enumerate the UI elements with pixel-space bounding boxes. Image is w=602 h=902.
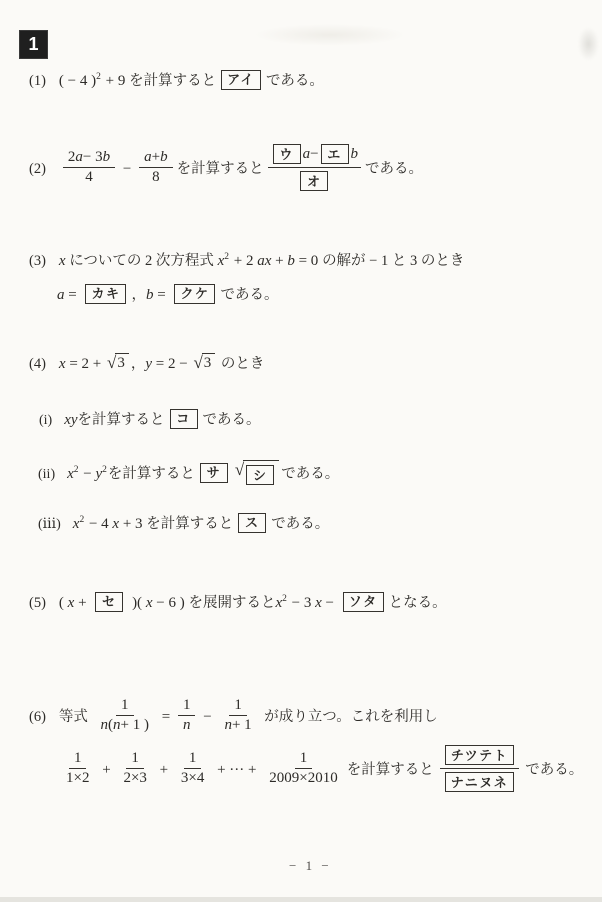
text-calc: を計算すると [177,161,264,177]
var-ax: ax [257,253,271,269]
answer-box-a-i: アイ [221,70,261,90]
item-iii-label: (ⅲ) [38,517,61,532]
problem-5: (5)( x + セ )( x − 6 ) を展開するとx2 − 3 x − ソ… [29,589,447,614]
problem-4: (4)x = 2 + √3，y = 2 − √3 のとき [29,354,264,375]
math-fragment: )( [128,595,146,611]
var-x: x [315,595,322,611]
problem-3-line2: a = カキ，b = クケである。 [57,285,278,306]
problem-4-iii: (ⅲ)x2 − 4 x + 3 を計算するとスである。 [38,510,329,535]
comma: ， [131,287,146,303]
answer-box-chi-tsu-te-to: チツテト [445,745,514,765]
text: 等式 [59,709,92,725]
math-fragment: + [271,253,287,269]
denominator: 2×3 [123,770,146,787]
answer-box-so-ta: ソタ [343,592,384,612]
plus-sign: + [156,762,172,778]
radicand: 3 [204,355,212,371]
square-root: √3 [193,353,215,372]
math-fragment: − 4 [85,516,112,532]
math-fragment: − 3 [288,595,315,611]
answer-box-e: エ [321,144,349,164]
math-fragment: + [152,149,160,166]
math-fragment: + [74,595,90,611]
text-expand: を展開すると [188,595,275,611]
var-n: n [183,717,191,734]
exponent: 2 [74,465,79,475]
problem-4-label: (4) [29,356,46,372]
problem-1: (1)( − 4 )2 + 9 を計算するとアイである。 [29,67,324,92]
text-tonaru: となる。 [389,595,447,611]
comma: ， [131,356,146,372]
problem-5-label: (5) [29,595,46,611]
fraction: 1n + 1 [219,697,256,734]
equals-sign: = [153,287,169,303]
var-b: b [103,149,111,166]
numerator: 1 [121,697,129,714]
answer-box-u: ウ [273,144,301,164]
answer-box-shi: シ [246,465,274,485]
numerator: 1 [131,750,139,767]
math-fragment: ( − 4 ) [59,73,96,89]
scan-artifact-right-edge [578,27,599,61]
answer-box-se: セ [95,592,123,612]
math-fragment: = 0 [295,253,322,269]
math-fragment: − 3 [83,149,103,166]
answer-box-sa: サ [200,463,228,483]
text-dearu: である。 [365,161,423,177]
answer-box-su: ス [238,513,266,533]
numerator: 1 [234,697,242,714]
denominator: 1×2 [66,770,89,787]
var-a: a [303,146,311,163]
minus-sign: − [310,146,318,163]
problem-6-label: (6) [29,709,46,725]
exam-page: 1 (1)( − 4 )2 + 9 を計算するとアイである。 (2)2 a − … [0,0,602,902]
var-n: n [101,717,109,734]
problem-2-label: (2) [29,161,46,177]
math-fragment: = 2 − [152,356,191,372]
math-fragment: + 1 ) [121,717,149,734]
fraction: 12009×2010 [264,750,342,787]
problem-4-ii: (ii)x2 − y2を計算するとサ√シである。 [38,460,339,487]
page-number: − 1 − [289,858,332,874]
square-root: √3 [107,353,129,372]
math-fragment: + 2 [230,253,257,269]
numerator: 1 [300,750,308,767]
fraction: 1n [178,697,196,734]
text: についての 2 次方程式 [66,253,218,269]
minus-sign: − [199,709,215,725]
fraction: 1n ( n + 1 ) [96,697,154,734]
exponent: 2 [102,465,107,475]
text-calc: を計算すると [108,466,195,482]
answer-box-ko: コ [170,409,198,429]
ellipsis-dots: + ··· + [213,762,260,778]
answer-box-ku-ke: クケ [174,284,215,304]
var-a: a [75,149,83,166]
text-dearu: である。 [281,466,339,482]
minus-sign: − [80,466,96,482]
radicand: 3 [117,355,125,371]
var-b: b [351,146,359,163]
var-n: n [224,717,232,734]
var-a: a [144,149,152,166]
problem-6-line1: (6)等式 1n ( n + 1 ) = 1n − 1n + 1 が成り立つ。こ… [29,699,438,736]
text-dearu: である。 [271,516,329,532]
answer-box-ka-ki: カキ [85,284,126,304]
numerator: 1 [74,750,82,767]
text-calc: を計算すると [347,762,434,778]
equals-sign: = [65,287,81,303]
var-a: a [57,287,65,303]
text: の解が − 1 と 3 のとき [322,253,464,269]
problem-2: (2)2 a − 3 b4 − a + b8を計算するとウa − エbオである。 [29,146,423,193]
math-fragment: + 1 [232,717,252,734]
var-x: x [59,253,66,269]
exponent: 2 [282,594,287,604]
math-fragment: 2 [68,149,76,166]
exponent: 2 [224,252,229,262]
scan-artifact-top [255,24,405,46]
equals-sign: = [158,709,174,725]
var-b: b [160,149,168,166]
var-b: b [287,253,295,269]
item-i-label: (i) [39,413,52,428]
problem-4-i: (i)xyを計算するとコである。 [39,410,261,431]
answer-box-na-ni-nu-ne: ナニヌネ [445,772,514,792]
answer-fraction: チツテトナニヌネ [438,745,521,792]
square-root: √シ [235,460,279,485]
answer-fraction: ウa − エbオ [268,144,361,191]
problem-6-line2: 11×2 + 12×3 + 13×4 + ··· + 12009×2010を計算… [57,747,583,794]
text-dearu: である。 [203,412,261,428]
section-number-badge: 1 [19,30,48,59]
math-fragment: 4 [85,169,93,186]
math-fragment: − [322,595,338,611]
text-dearu: である。 [525,762,583,778]
denominator: 3×4 [181,770,204,787]
math-fragment: + 9 [102,73,129,89]
fraction: 11×2 [61,750,94,787]
item-ii-label: (ii) [38,467,55,482]
denominator: 2009×2010 [269,770,337,787]
text-calc: を計算すると [129,73,216,89]
problem-3-label: (3) [29,253,46,269]
text: が成り立つ。これを利用し [261,709,438,725]
text-dearu: である。 [220,287,278,303]
math-fragment: + 3 [119,516,146,532]
var-n: n [113,717,121,734]
plus-sign: + [98,762,114,778]
scan-artifact-bottom-edge [0,897,602,902]
text-calc: を計算すると [146,516,233,532]
fraction: a + b8 [139,149,172,186]
numerator: 1 [183,697,191,714]
exponent: 2 [79,515,84,525]
exponent: 2 [96,72,101,82]
math-fragment: ( [59,595,68,611]
var-x: x [59,356,66,372]
fraction: 12×3 [118,750,151,787]
fraction: 2 a − 3 b4 [63,149,115,186]
numerator: 1 [189,750,197,767]
text-dearu: である。 [266,73,324,89]
fraction: 13×4 [176,750,209,787]
text: のとき [217,356,264,372]
problem-3-line1: (3)x についての 2 次方程式 x2 + 2 ax + b = 0 の解が … [29,247,464,272]
problem-1-label: (1) [29,73,46,89]
var-x: x [67,466,74,482]
text-calc: を計算すると [78,412,165,428]
var-xy: xy [64,412,77,428]
minus-sign: − [119,161,135,177]
math-fragment: 8 [152,169,160,186]
math-fragment: = 2 + [66,356,105,372]
math-fragment: − 6 ) [152,595,188,611]
answer-box-o: オ [300,171,328,191]
